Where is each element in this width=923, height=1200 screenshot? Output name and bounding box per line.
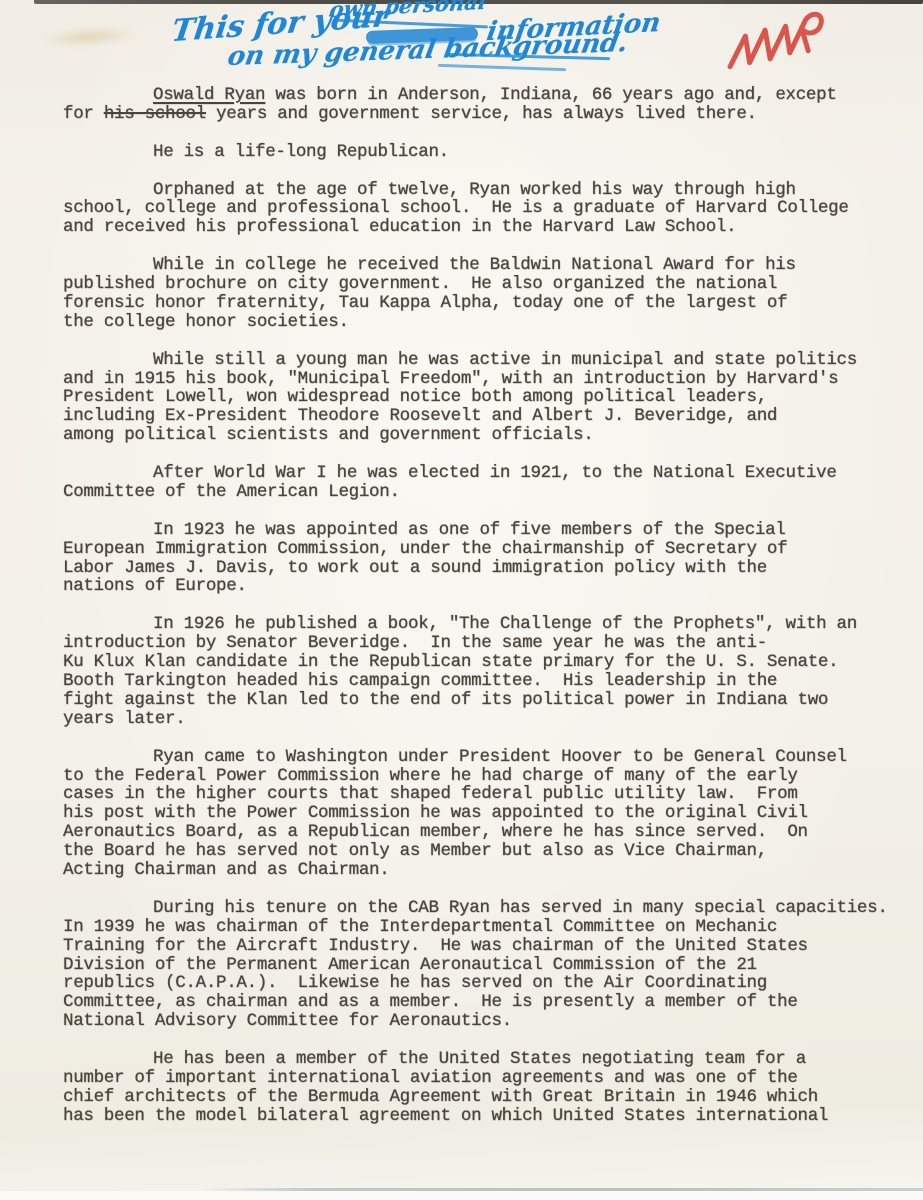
- typed-line: He is a life-long Republican.: [63, 143, 893, 162]
- typed-line: cases in the higher courts that shaped f…: [63, 785, 893, 804]
- background-underline-stroke: [438, 64, 566, 71]
- typed-line: Booth Tarkington headed his campaign com…: [63, 672, 893, 691]
- paragraph: During his tenure on the CAB Ryan has se…: [63, 899, 893, 1031]
- typed-line: Division of the Permanent American Aeron…: [63, 956, 893, 975]
- scan-edge-bottom-light: [0, 1191, 923, 1200]
- typed-line: While still a young man he was active in…: [63, 351, 893, 370]
- typed-line: years later.: [63, 710, 893, 729]
- typed-line: published brochure on city government. H…: [63, 275, 893, 294]
- typed-line: Acting Chairman and as Chairman.: [63, 861, 893, 880]
- typed-line: the Board he has served not only as Memb…: [63, 842, 893, 861]
- paragraph: Orphaned at the age of twelve, Ryan work…: [63, 181, 893, 238]
- typed-line: National Advisory Committee for Aeronaut…: [63, 1012, 893, 1031]
- typed-line: number of important international aviati…: [63, 1069, 893, 1088]
- paragraph: While still a young man he was active in…: [63, 351, 893, 446]
- typed-line: to the Federal Power Commission where he…: [63, 767, 893, 786]
- typed-line: In 1923 he was appointed as one of five …: [63, 521, 893, 540]
- typed-line: his post with the Power Commission he wa…: [63, 804, 893, 823]
- typed-line: republics (C.A.P.A.). Likewise he has se…: [63, 974, 893, 993]
- typed-line: After World War I he was elected in 1921…: [63, 464, 893, 483]
- typed-line: fight against the Klan led to the end of…: [63, 691, 893, 710]
- typed-line: and received his professional education …: [63, 218, 893, 237]
- scan-edge-bottom: [200, 1188, 923, 1191]
- paragraph: In 1926 he published a book, "The Challe…: [63, 615, 893, 728]
- typed-line: He has been a member of the United State…: [63, 1050, 893, 1069]
- paragraph: Oswald Ryan was born in Anderson, Indian…: [63, 86, 893, 124]
- paragraph: While in college he received the Baldwin…: [63, 256, 893, 332]
- typed-line: President Lowell, won widespread notice …: [63, 388, 893, 407]
- typed-line: Training for the Aircraft Industry. He w…: [63, 937, 893, 956]
- typed-line: While in college he received the Baldwin…: [63, 256, 893, 275]
- typed-line: Oswald Ryan was born in Anderson, Indian…: [63, 86, 893, 105]
- typed-line: nations of Europe.: [63, 577, 893, 596]
- typed-line: forensic honor fraternity, Tau Kappa Alp…: [63, 294, 893, 313]
- typed-line: Committee, as chairman and as a member. …: [63, 993, 893, 1012]
- typed-line: school, college and professional school.…: [63, 199, 893, 218]
- typed-line: During his tenure on the CAB Ryan has se…: [63, 899, 893, 918]
- typed-line: Labor James J. Davis, to work out a soun…: [63, 559, 893, 578]
- typed-line: Ku Klux Klan candidate in the Republican…: [63, 653, 893, 672]
- typed-line: Committee of the American Legion.: [63, 483, 893, 502]
- typed-line: introduction by Senator Beveridge. In th…: [63, 634, 893, 653]
- typed-line: has been the model bilateral agreement o…: [63, 1107, 893, 1126]
- typed-line: including Ex-President Theodore Roosevel…: [63, 407, 893, 426]
- typed-line: Ryan came to Washington under President …: [63, 748, 893, 767]
- paragraph: Ryan came to Washington under President …: [63, 748, 893, 880]
- typed-line: Orphaned at the age of twelve, Ryan work…: [63, 181, 893, 200]
- paragraph: After World War I he was elected in 1921…: [63, 464, 893, 502]
- typed-line: European Immigration Commission, under t…: [63, 540, 893, 559]
- typed-line: In 1939 he was chairman of the Interdepa…: [63, 918, 893, 937]
- typed-line: for his school years and government serv…: [63, 105, 893, 124]
- typed-line: among political scientists and governmen…: [63, 426, 893, 445]
- typed-body: Oswald Ryan was born in Anderson, Indian…: [63, 86, 893, 1145]
- typed-line: and in 1915 his book, "Municipal Freedom…: [63, 370, 893, 389]
- typed-line: chief architects of the Bermuda Agreemen…: [63, 1088, 893, 1107]
- paragraph: In 1923 he was appointed as one of five …: [63, 521, 893, 597]
- typed-line: Aeronautics Board, as a Republican membe…: [63, 823, 893, 842]
- typed-line: the college honor societies.: [63, 313, 893, 332]
- paragraph: He has been a member of the United State…: [63, 1050, 893, 1126]
- paragraph: He is a life-long Republican.: [63, 143, 893, 162]
- scanned-page: This for your own personal information o…: [0, 0, 923, 1200]
- typed-line: In 1926 he published a book, "The Challe…: [63, 615, 893, 634]
